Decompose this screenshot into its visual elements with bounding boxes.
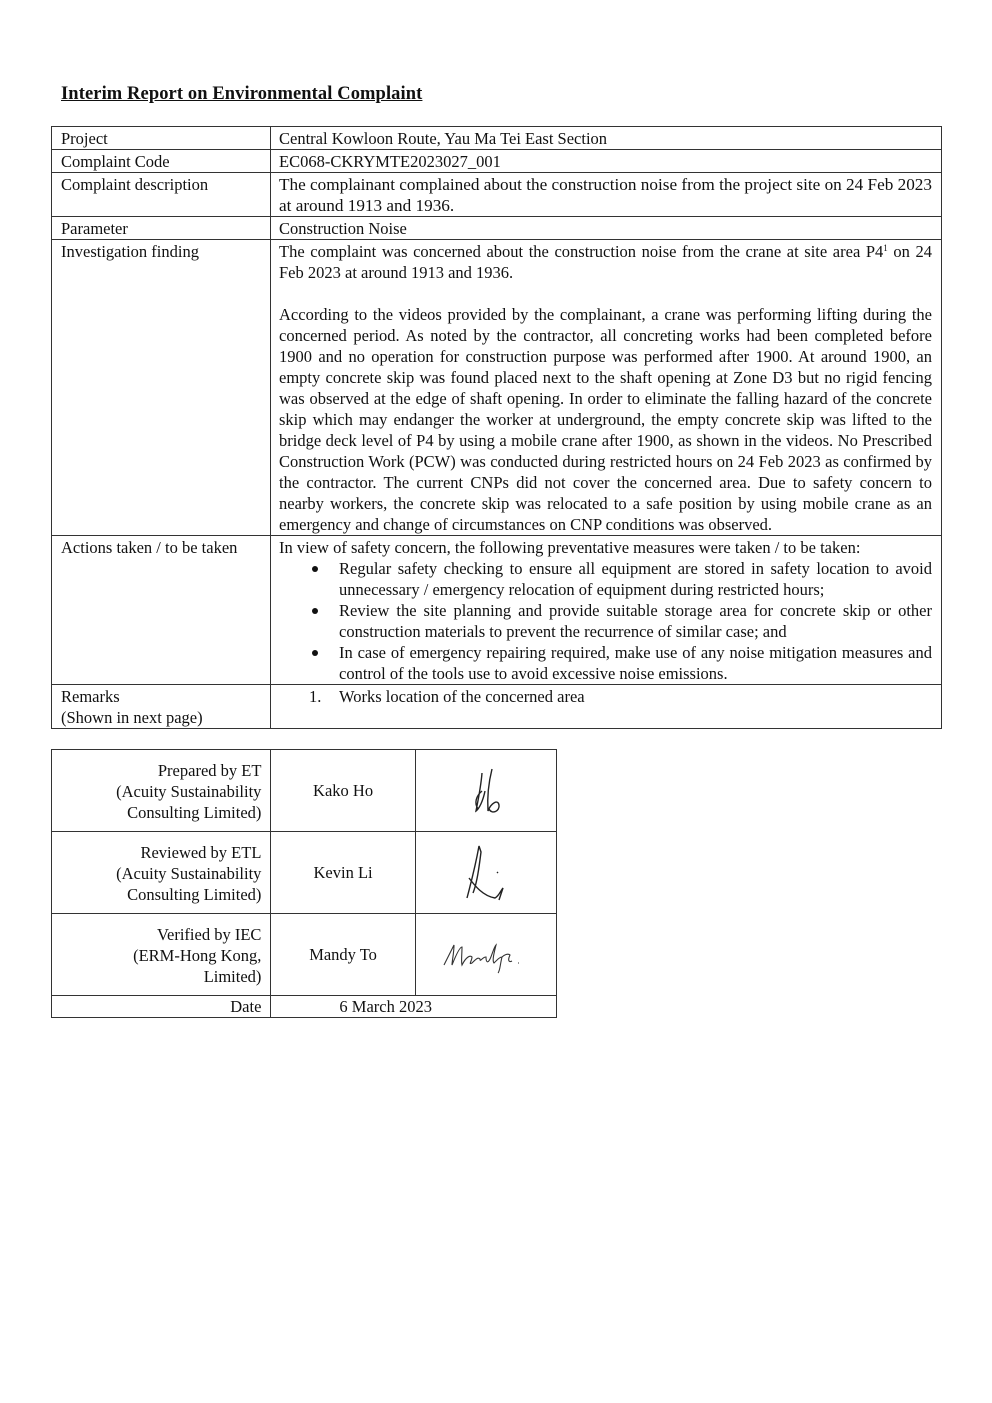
report-title: Interim Report on Environmental Complain… bbox=[61, 84, 422, 105]
signature-icon bbox=[438, 935, 533, 975]
remark-item: 1.Works location of the concerned area bbox=[279, 686, 932, 707]
actions-list: Regular safety checking to ensure all eq… bbox=[279, 558, 932, 684]
remarks-label-line: Remarks bbox=[61, 686, 270, 707]
row-parameter: Parameter Construction Noise bbox=[52, 217, 942, 240]
finding-paragraph-2: According to the videos provided by the … bbox=[279, 304, 932, 535]
complaint-code-value: EC068-CKRYMTE2023027_001 bbox=[271, 150, 942, 173]
role-org-cont: Limited) bbox=[52, 966, 261, 987]
role-org: (ERM-Hong Kong, bbox=[52, 945, 261, 966]
signoff-row-prepared: Prepared by ET (Acuity Sustainability Co… bbox=[52, 750, 557, 832]
role-title: Reviewed by ETL bbox=[52, 842, 261, 863]
investigation-finding-value: The complaint was concerned about the co… bbox=[271, 240, 942, 536]
remark-number: 1. bbox=[309, 686, 321, 707]
investigation-finding-label: Investigation finding bbox=[52, 240, 271, 536]
actions-intro: In view of safety concern, the following… bbox=[279, 537, 932, 558]
row-complaint-description: Complaint description The complainant co… bbox=[52, 173, 942, 217]
role-org: (Acuity Sustainability bbox=[52, 781, 261, 802]
remark-text: Works location of the concerned area bbox=[339, 687, 585, 706]
action-item: Regular safety checking to ensure all eq… bbox=[279, 558, 932, 600]
role-reviewed: Reviewed by ETL (Acuity Sustainability C… bbox=[52, 832, 271, 914]
remarks-label: Remarks (Shown in next page) bbox=[52, 685, 271, 729]
date-value: 6 March 2023 bbox=[271, 996, 557, 1018]
row-complaint-code: Complaint Code EC068-CKRYMTE2023027_001 bbox=[52, 150, 942, 173]
signature-mandy-to bbox=[415, 914, 556, 996]
role-title: Verified by IEC bbox=[52, 924, 261, 945]
signature-icon bbox=[451, 838, 521, 908]
role-verified: Verified by IEC (ERM-Hong Kong, Limited) bbox=[52, 914, 271, 996]
row-project: Project Central Kowloon Route, Yau Ma Te… bbox=[52, 127, 942, 150]
bullet-icon bbox=[312, 650, 318, 656]
role-org-cont: Consulting Limited) bbox=[52, 802, 261, 823]
signoff-row-verified: Verified by IEC (ERM-Hong Kong, Limited)… bbox=[52, 914, 557, 996]
project-label: Project bbox=[52, 127, 271, 150]
bullet-icon bbox=[312, 566, 318, 572]
row-investigation-finding: Investigation finding The complaint was … bbox=[52, 240, 942, 536]
complaint-description-value: The complainant complained about the con… bbox=[271, 173, 942, 217]
complaint-description-label: Complaint description bbox=[52, 173, 271, 217]
action-text: In case of emergency repairing required,… bbox=[339, 643, 932, 683]
role-prepared: Prepared by ET (Acuity Sustainability Co… bbox=[52, 750, 271, 832]
role-org: (Acuity Sustainability bbox=[52, 863, 261, 884]
signature-kevin-li bbox=[415, 832, 556, 914]
role-title: Prepared by ET bbox=[52, 760, 261, 781]
project-value: Central Kowloon Route, Yau Ma Tei East S… bbox=[271, 127, 942, 150]
signer-name: Kevin Li bbox=[271, 832, 415, 914]
complaint-code-label: Complaint Code bbox=[52, 150, 271, 173]
action-item: Review the site planning and provide sui… bbox=[279, 600, 932, 642]
bullet-icon bbox=[312, 608, 318, 614]
date-label: Date bbox=[52, 996, 271, 1018]
signoff-table: Prepared by ET (Acuity Sustainability Co… bbox=[51, 749, 557, 1018]
finding-text: The complaint was concerned about the co… bbox=[279, 242, 883, 261]
row-actions: Actions taken / to be taken In view of s… bbox=[52, 536, 942, 685]
signoff-row-date: Date 6 March 2023 bbox=[52, 996, 557, 1018]
signer-name: Mandy To bbox=[271, 914, 415, 996]
paragraph-gap bbox=[279, 283, 932, 304]
signature-icon bbox=[456, 761, 516, 821]
signoff-row-reviewed: Reviewed by ETL (Acuity Sustainability C… bbox=[52, 832, 557, 914]
parameter-label: Parameter bbox=[52, 217, 271, 240]
signature-kako-ho bbox=[415, 750, 556, 832]
role-org-cont: Consulting Limited) bbox=[52, 884, 261, 905]
remarks-list: 1.Works location of the concerned area bbox=[279, 686, 932, 707]
action-text: Regular safety checking to ensure all eq… bbox=[339, 559, 932, 599]
remarks-value: 1.Works location of the concerned area bbox=[271, 685, 942, 729]
signer-name: Kako Ho bbox=[271, 750, 415, 832]
remarks-label-note: (Shown in next page) bbox=[61, 707, 270, 728]
parameter-value: Construction Noise bbox=[271, 217, 942, 240]
complaint-details-table: Project Central Kowloon Route, Yau Ma Te… bbox=[51, 126, 942, 729]
finding-paragraph-1: The complaint was concerned about the co… bbox=[279, 241, 932, 283]
action-text: Review the site planning and provide sui… bbox=[339, 601, 932, 641]
actions-label: Actions taken / to be taken bbox=[52, 536, 271, 685]
action-item: In case of emergency repairing required,… bbox=[279, 642, 932, 684]
row-remarks: Remarks (Shown in next page) 1.Works loc… bbox=[52, 685, 942, 729]
actions-value: In view of safety concern, the following… bbox=[271, 536, 942, 685]
